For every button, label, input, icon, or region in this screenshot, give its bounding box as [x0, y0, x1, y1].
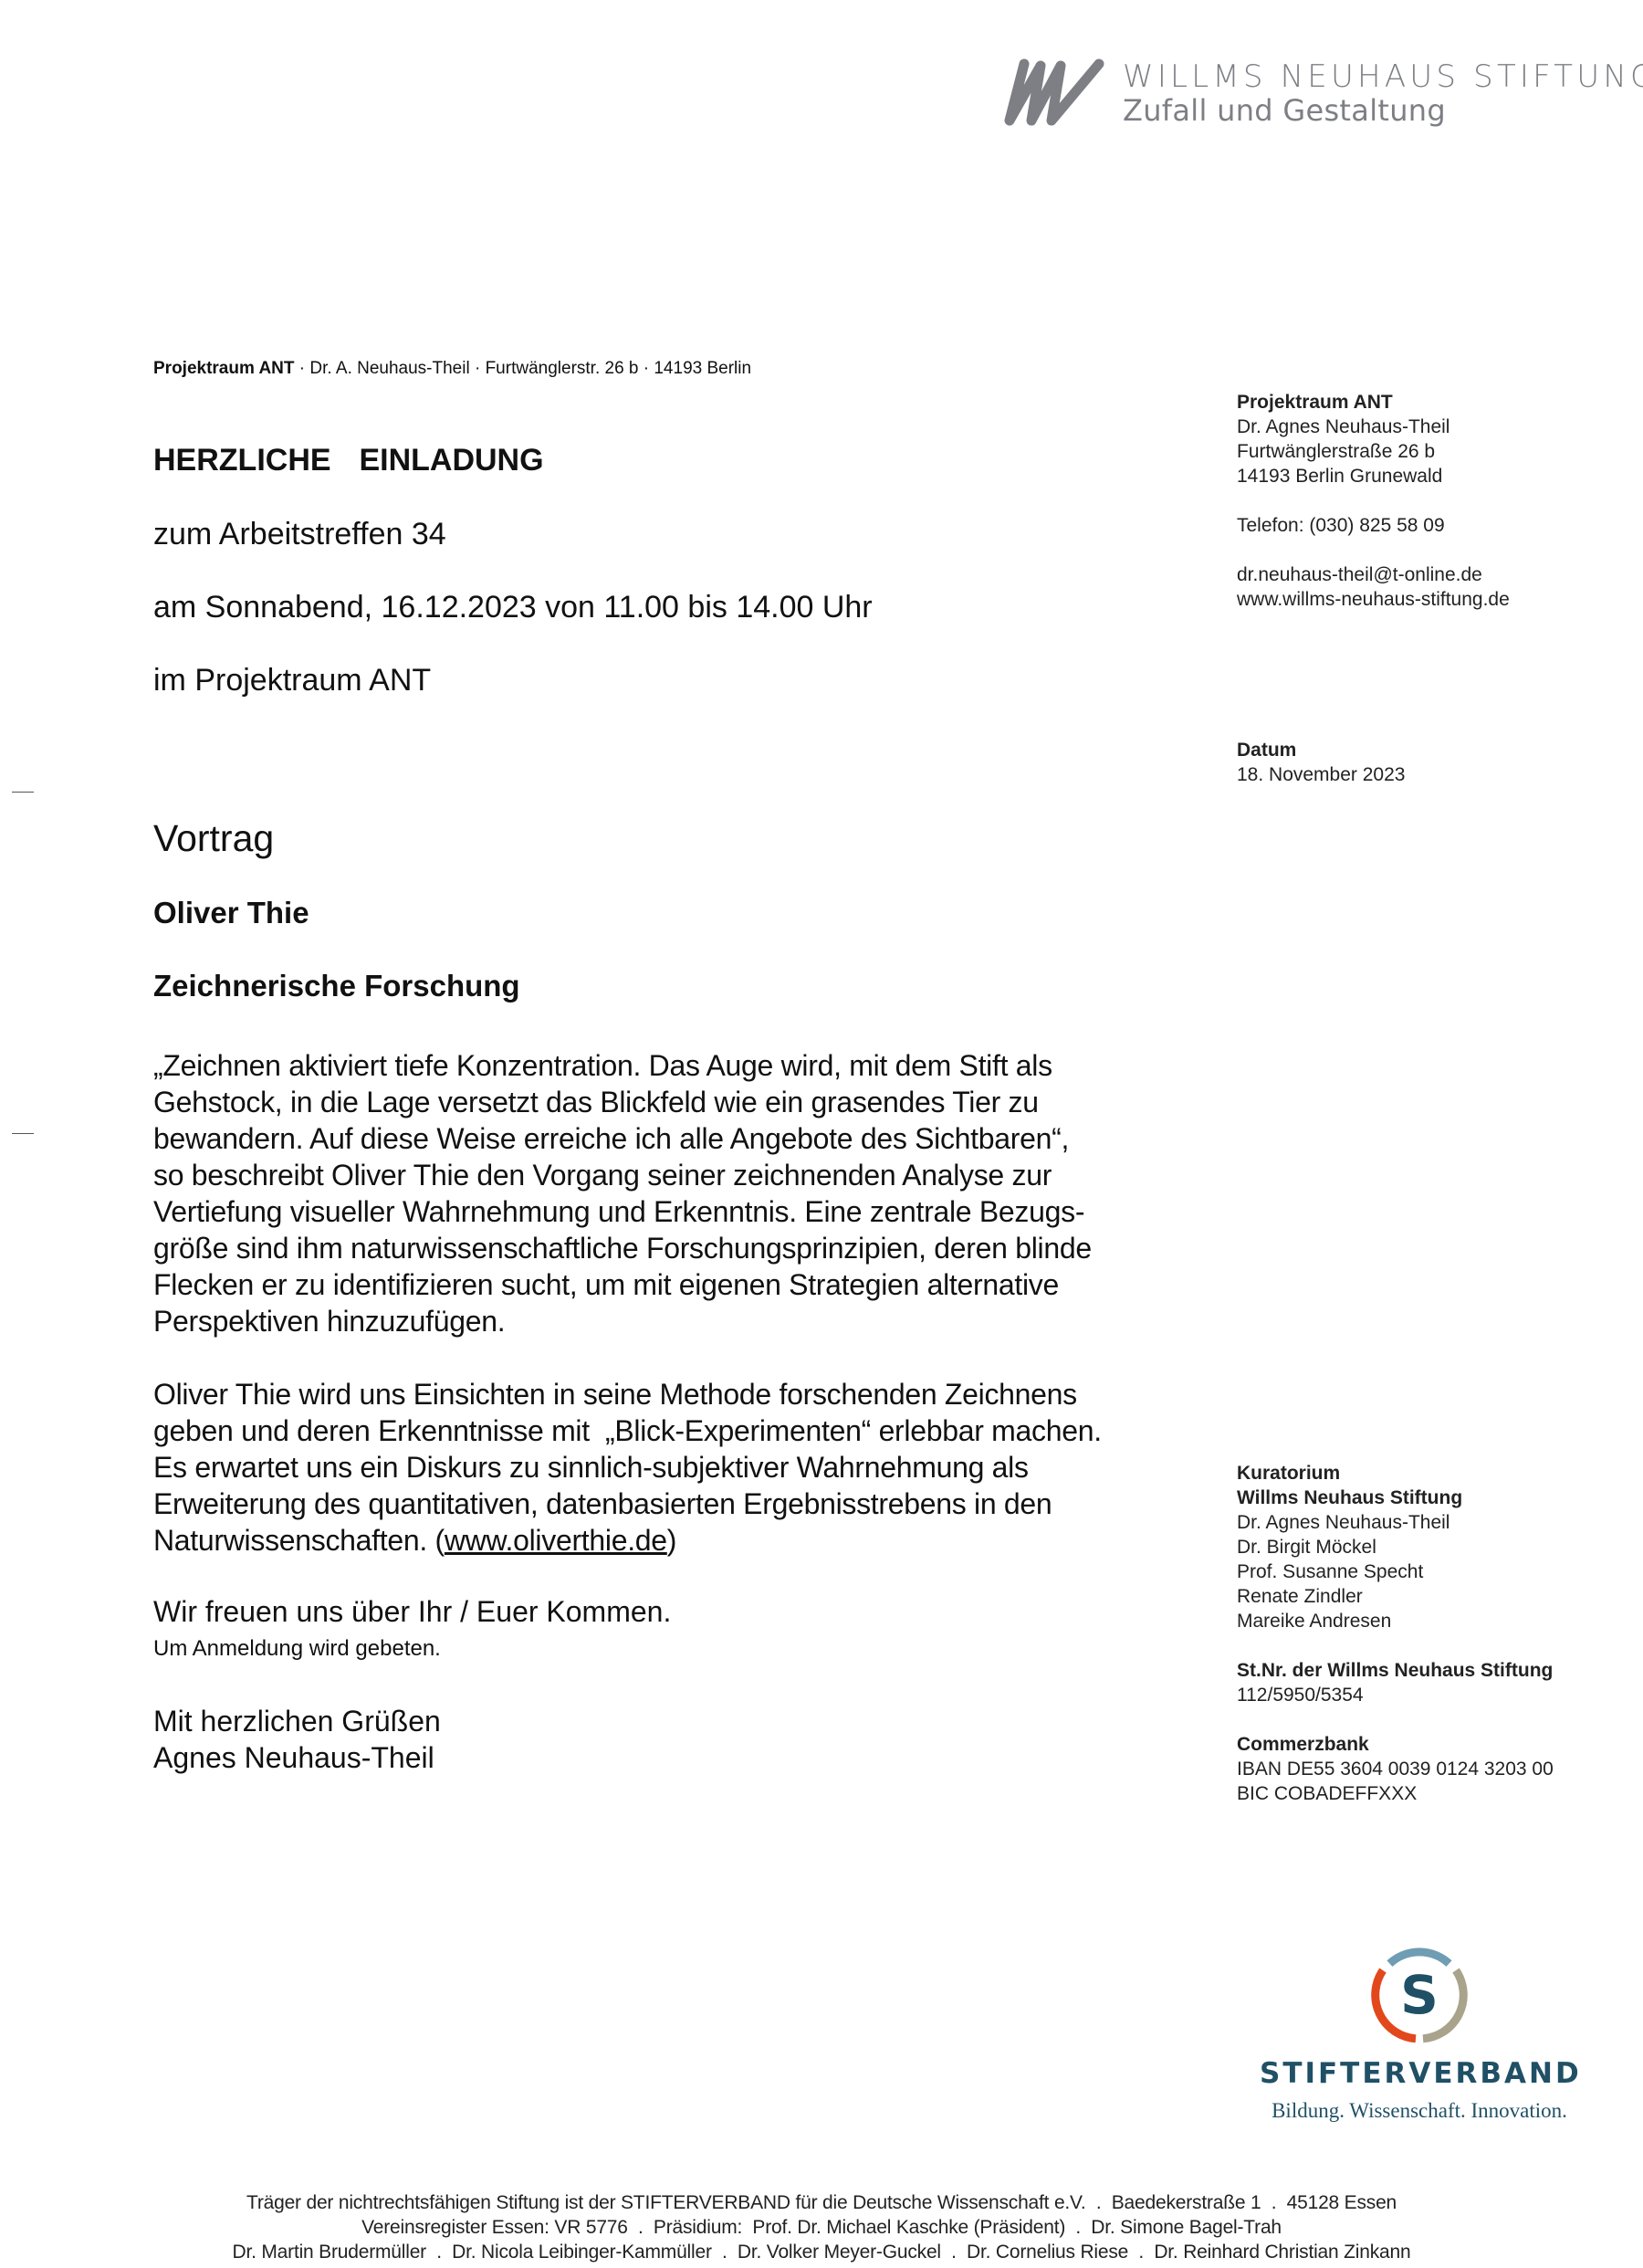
line-suffix: ) [667, 1524, 676, 1557]
paragraph-line: Gehstock, in die Lage versetzt das Blick… [153, 1084, 1194, 1120]
spacer [1237, 1707, 1554, 1732]
sender-details: · Dr. A. Neuhaus-Theil · Furtwänglerstr.… [295, 359, 752, 378]
speaker-website-link[interactable]: www.oliverthie.de [445, 1524, 667, 1557]
invitation-place: im Projektraum ANT [153, 663, 431, 698]
wn-monogram-icon [1004, 57, 1114, 130]
description-paragraph: „Zeichnen aktiviert tiefe Konzentration.… [153, 1047, 1194, 1339]
willms-neuhaus-logo: WILLMS NEUHAUS STIFTUNG Zufall und Gesta… [1004, 57, 1588, 130]
board-heading: Kuratorium [1237, 1461, 1554, 1486]
bank-bic: BIC COBADEFFXXX [1237, 1781, 1554, 1806]
contact-email[interactable]: dr.neuhaus-theil@t-online.de [1237, 562, 1510, 587]
invitation-title: HERZLICHE EINLADUNG [153, 443, 544, 478]
contact-website[interactable]: www.willms-neuhaus-stiftung.de [1237, 587, 1510, 612]
contact-name: Dr. Agnes Neuhaus-Theil [1237, 415, 1510, 439]
paragraph-line: Erweiterung des quantitativen, datenbasi… [153, 1486, 1194, 1522]
paragraph-line: Es erwartet uns ein Diskurs zu sinnlich-… [153, 1449, 1194, 1486]
fold-mark-punch [12, 1133, 34, 1134]
greeting: Mit herzlichen Grüßen [153, 1703, 441, 1739]
stifterverband-logo: S STIFTERVERBAND Bildung. Wissenschaft. … [1260, 1940, 1579, 2141]
invitation-meeting: zum Arbeitstreffen 34 [153, 517, 446, 552]
legal-footer: Träger der nichtrechtsfähigen Stiftung i… [0, 2190, 1643, 2264]
board-member: Prof. Susanne Specht [1237, 1559, 1554, 1584]
signature-name: Agnes Neuhaus-Theil [153, 1739, 441, 1776]
paragraph-line: geben und deren Erkenntnisse mit „Blick-… [153, 1412, 1194, 1449]
paragraph-line: „Zeichnen aktiviert tiefe Konzentration.… [153, 1047, 1194, 1084]
paragraph-line: Oliver Thie wird uns Einsichten in seine… [153, 1376, 1194, 1412]
foundation-tagline: Zufall und Gestaltung [1123, 93, 1446, 128]
footer-line: Träger der nichtrechtsfähigen Stiftung i… [0, 2190, 1643, 2215]
talk-speaker: Oliver Thie [153, 896, 309, 930]
spacer [1237, 1633, 1554, 1658]
date-block: Datum 18. November 2023 [1237, 738, 1405, 787]
stifterverband-name: STIFTERVERBAND [1260, 2057, 1579, 2090]
contact-phone: Telefon: (030) 825 58 09 [1237, 513, 1510, 538]
board-block: Kuratorium Willms Neuhaus Stiftung Dr. A… [1237, 1461, 1554, 1806]
spacer [1237, 538, 1510, 562]
line-prefix: Naturwissenschaften. ( [153, 1524, 445, 1557]
bank-iban: IBAN DE55 3604 0039 0124 3203 00 [1237, 1757, 1554, 1781]
board-member: Dr. Birgit Möckel [1237, 1535, 1554, 1559]
fold-mark-top [12, 792, 34, 793]
board-member: Renate Zindler [1237, 1584, 1554, 1609]
paragraph-line: bewandern. Auf diese Weise erreiche ich … [153, 1120, 1194, 1157]
contact-street: Furtwänglerstraße 26 b [1237, 439, 1510, 464]
stifterverband-tagline: Bildung. Wissenschaft. Innovation. [1260, 2099, 1579, 2123]
spacer [1237, 488, 1510, 513]
talk-title: Zeichnerische Forschung [153, 969, 520, 1003]
registration-note: Um Anmeldung wird gebeten. [153, 1636, 441, 1662]
talk-label: Vortrag [153, 817, 274, 860]
signoff: Mit herzlichen Grüßen Agnes Neuhaus-Thei… [153, 1703, 441, 1776]
tax-heading: St.Nr. der Willms Neuhaus Stiftung [1237, 1658, 1554, 1683]
footer-line: Dr. Martin Brudermüller . Dr. Nicola Lei… [0, 2240, 1643, 2264]
closing-sentence: Wir freuen uns über Ihr / Euer Kommen. [153, 1595, 671, 1629]
board-member: Mareike Andresen [1237, 1609, 1554, 1633]
paragraph-line: Perspektiven hinzuzufügen. [153, 1303, 1194, 1339]
program-paragraph: Oliver Thie wird uns Einsichten in seine… [153, 1376, 1194, 1559]
bank-heading: Commerzbank [1237, 1732, 1554, 1757]
paragraph-line: Flecken er zu identifizieren sucht, um m… [153, 1266, 1194, 1303]
paragraph-line: Naturwissenschaften. (www.oliverthie.de) [153, 1522, 1194, 1559]
contact-block: Projektraum ANT Dr. Agnes Neuhaus-Theil … [1237, 390, 1510, 612]
paragraph-line: Vertiefung visueller Wahrnehmung und Erk… [153, 1193, 1194, 1230]
board-member: Dr. Agnes Neuhaus-Theil [1237, 1510, 1554, 1535]
svg-text:S: S [1400, 1964, 1439, 2026]
board-org: Willms Neuhaus Stiftung [1237, 1486, 1554, 1510]
tax-number: 112/5950/5354 [1237, 1683, 1554, 1707]
contact-city: 14193 Berlin Grunewald [1237, 464, 1510, 488]
sender-address-line: Projektraum ANT · Dr. A. Neuhaus-Theil ·… [153, 359, 751, 379]
paragraph-line: größe sind ihm naturwissenschaftliche Fo… [153, 1230, 1194, 1266]
contact-heading: Projektraum ANT [1237, 390, 1510, 415]
date-value: 18. November 2023 [1237, 762, 1405, 787]
foundation-name: WILLMS NEUHAUS STIFTUNG [1123, 58, 1643, 95]
paragraph-line: so beschreibt Oliver Thie den Vorgang se… [153, 1157, 1194, 1193]
sender-org: Projektraum ANT [153, 359, 295, 378]
footer-line: Vereinsregister Essen: VR 5776 . Präsidi… [0, 2215, 1643, 2240]
date-label: Datum [1237, 738, 1405, 762]
stifterverband-circle-icon: S [1365, 1940, 1474, 2050]
invitation-date: am Sonnabend, 16.12.2023 von 11.00 bis 1… [153, 590, 873, 625]
